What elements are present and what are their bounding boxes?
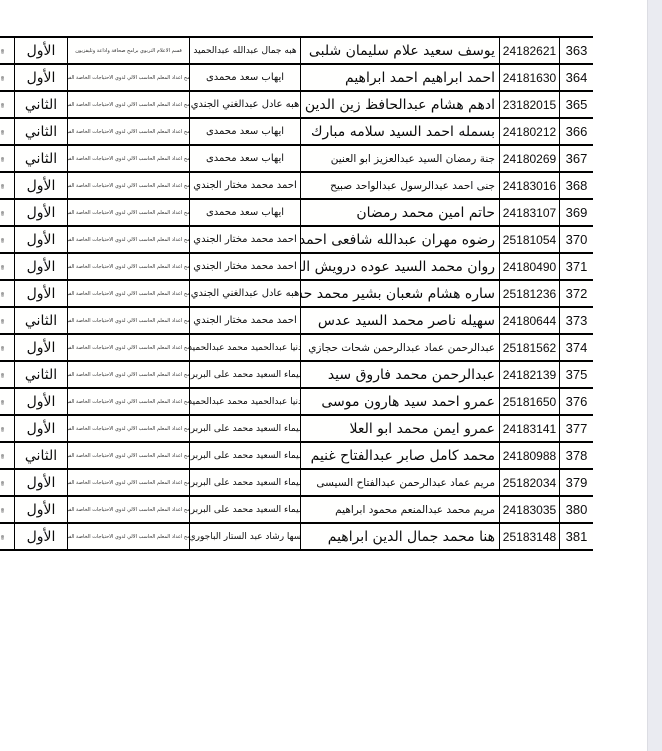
seat-number-cell: 24180212 [500, 119, 560, 144]
student-name-cell: سهيله ناصر محمد السيد عدس [301, 308, 500, 333]
semester-cell: الأول [15, 497, 68, 522]
student-name-cell: مريم محمد عبدالمنعم محمود ابراهيم [301, 497, 500, 522]
seat-number-cell: 25182034 [500, 470, 560, 495]
clipped-edge-cell [0, 119, 15, 144]
seat-number-cell: 24180490 [500, 254, 560, 279]
semester-cell: الثاني [15, 308, 68, 333]
semester-cell: الأول [15, 65, 68, 90]
program-cell: برنامج اعداد المعلم الحاسب الالي لذوي ال… [68, 470, 190, 495]
semester-cell: الأول [15, 227, 68, 252]
program-cell: برنامج اعداد المعلم الحاسب الالي لذوي ال… [68, 524, 190, 549]
supervisor-name-cell: هبه عادل عبدالغني الجندي [190, 281, 301, 306]
student-name-cell: مريم عماد عبدالرحمن عبدالفتاح السيسى [301, 470, 500, 495]
supervisor-name-cell: ايهاب سعد محمدى [190, 146, 301, 171]
semester-cell: الثاني [15, 146, 68, 171]
seat-number-cell: 23182015 [500, 92, 560, 117]
table-row: 376 25181650 عمرو احمد سيد هارون موسى دن… [0, 389, 593, 416]
seat-number-cell: 24180644 [500, 308, 560, 333]
clipped-edge-cell [0, 200, 15, 225]
semester-cell: الأول [15, 389, 68, 414]
semester-cell: الثاني [15, 92, 68, 117]
clipped-edge-cell [0, 497, 15, 522]
program-cell: برنامج اعداد المعلم الحاسب الالي لذوي ال… [68, 200, 190, 225]
student-name-cell: عبدالرحمن عماد عبدالرحمن شحات حجازي [301, 335, 500, 360]
program-cell: قسم الاعلام التربوي برامج صحافة واذاعة و… [68, 38, 190, 63]
student-name-cell: عبدالرحمن محمد فاروق سيد [301, 362, 500, 387]
student-name-cell: هنا محمد جمال الدين ابراهيم [301, 524, 500, 549]
clipped-edge-cell [0, 92, 15, 117]
serial-cell: 374 [560, 335, 593, 360]
table-row: 368 24183016 جنى احمد عبدالرسول عبدالواح… [0, 173, 593, 200]
student-name-cell: حاتم امين محمد رمضان [301, 200, 500, 225]
clipped-edge-cell [0, 416, 15, 441]
supervisor-name-cell: ايهاب سعد محمدى [190, 65, 301, 90]
student-name-cell: عمرو احمد سيد هارون موسى [301, 389, 500, 414]
student-name-cell: عمرو ايمن محمد ابو العلا [301, 416, 500, 441]
table-row: 373 24180644 سهيله ناصر محمد السيد عدس ا… [0, 308, 593, 335]
table-row: 364 24181630 احمد ابراهيم احمد ابراهيم ا… [0, 65, 593, 92]
supervisor-name-cell: دنيا عبدالحميد محمد عبدالحميد [190, 335, 301, 360]
clipped-edge-cell [0, 389, 15, 414]
semester-cell: الأول [15, 281, 68, 306]
clipped-edge-cell [0, 308, 15, 333]
clipped-edge-cell [0, 470, 15, 495]
program-cell: برنامج اعداد المعلم الحاسب الالي لذوي ال… [68, 254, 190, 279]
supervisor-name-cell: سها رشاد عبد الستار الباجوري [190, 524, 301, 549]
student-name-cell: بسمله احمد السيد سلامه مبارك [301, 119, 500, 144]
table-row: 378 24180988 محمد كامل صابر عبدالفتاح غن… [0, 443, 593, 470]
program-cell: برنامج اعداد المعلم الحاسب الالي لذوي ال… [68, 146, 190, 171]
semester-cell: الأول [15, 38, 68, 63]
seat-number-cell: 24180269 [500, 146, 560, 171]
program-cell: برنامج اعداد المعلم الحاسب الالي لذوي ال… [68, 335, 190, 360]
semester-cell: الأول [15, 173, 68, 198]
serial-cell: 375 [560, 362, 593, 387]
semester-cell: الثاني [15, 443, 68, 468]
table-row: 369 24183107 حاتم امين محمد رمضان ايهاب … [0, 200, 593, 227]
semester-cell: الأول [15, 416, 68, 441]
clipped-edge-cell [0, 38, 15, 63]
clipped-edge-cell [0, 146, 15, 171]
supervisor-name-cell: هبه عادل عبدالغني الجندي [190, 92, 301, 117]
student-name-cell: رضوه مهران عبدالله شافعى احمد [301, 227, 500, 252]
clipped-edge-cell [0, 335, 15, 360]
seat-number-cell: 24183107 [500, 200, 560, 225]
semester-cell: الأول [15, 200, 68, 225]
table-row: 371 24180490 روان محمد السيد عوده درويش … [0, 254, 593, 281]
table-row: 365 23182015 ادهم هشام عبدالحافظ زين الد… [0, 92, 593, 119]
supervisor-name-cell: ايهاب سعد محمدى [190, 200, 301, 225]
clipped-edge-cell [0, 227, 15, 252]
table-row: 375 24182139 عبدالرحمن محمد فاروق سيد شي… [0, 362, 593, 389]
supervisor-name-cell: شيماء السعيد محمد على البربري [190, 362, 301, 387]
serial-cell: 371 [560, 254, 593, 279]
table-row: 372 25181236 ساره هشام شعبان بشير محمد ح… [0, 281, 593, 308]
serial-cell: 376 [560, 389, 593, 414]
student-name-cell: ساره هشام شعبان بشير محمد حسن [301, 281, 500, 306]
seat-number-cell: 24180988 [500, 443, 560, 468]
clipped-edge-cell [0, 173, 15, 198]
seat-number-cell: 24183016 [500, 173, 560, 198]
student-name-cell: روان محمد السيد عوده درويش الجرف [301, 254, 500, 279]
supervisor-name-cell: هبه جمال عبدالله عبدالحميد [190, 38, 301, 63]
student-name-cell: جنى احمد عبدالرسول عبدالواحد صبيح [301, 173, 500, 198]
table-row: 379 25182034 مريم عماد عبدالرحمن عبدالفت… [0, 470, 593, 497]
serial-cell: 363 [560, 38, 593, 63]
student-name-cell: ادهم هشام عبدالحافظ زين الدين [301, 92, 500, 117]
program-cell: برنامج اعداد المعلم الحاسب الالي لذوي ال… [68, 443, 190, 468]
serial-cell: 380 [560, 497, 593, 522]
serial-cell: 369 [560, 200, 593, 225]
seat-number-cell: 24183141 [500, 416, 560, 441]
student-name-cell: جنة رمضان السيد عبدالعزيز ابو العنين [301, 146, 500, 171]
program-cell: برنامج اعداد المعلم الحاسب الالي لذوي ال… [68, 173, 190, 198]
program-cell: برنامج اعداد المعلم الحاسب الالي لذوي ال… [68, 281, 190, 306]
table-row: 380 24183035 مريم محمد عبدالمنعم محمود ا… [0, 497, 593, 524]
clipped-edge-cell [0, 524, 15, 549]
supervisor-name-cell: احمد محمد مختار الجندي [190, 173, 301, 198]
program-cell: برنامج اعداد المعلم الحاسب الالي لذوي ال… [68, 416, 190, 441]
supervisor-name-cell: شيماء السعيد محمد على البربري [190, 497, 301, 522]
seat-number-cell: 24182139 [500, 362, 560, 387]
serial-cell: 379 [560, 470, 593, 495]
seat-number-cell: 25181562 [500, 335, 560, 360]
clipped-edge-cell [0, 281, 15, 306]
serial-cell: 373 [560, 308, 593, 333]
seat-number-cell: 24183035 [500, 497, 560, 522]
seat-number-cell: 25181650 [500, 389, 560, 414]
table-row: 366 24180212 بسمله احمد السيد سلامه مبار… [0, 119, 593, 146]
supervisor-name-cell: شيماء السعيد محمد على البربري [190, 416, 301, 441]
seat-number-cell: 24181630 [500, 65, 560, 90]
supervisor-name-cell: ايهاب سعد محمدى [190, 119, 301, 144]
program-cell: برنامج اعداد المعلم الحاسب الالي لذوي ال… [68, 497, 190, 522]
seat-number-cell: 25181236 [500, 281, 560, 306]
supervisor-name-cell: احمد محمد مختار الجندي [190, 254, 301, 279]
table-row: 367 24180269 جنة رمضان السيد عبدالعزيز ا… [0, 146, 593, 173]
serial-cell: 378 [560, 443, 593, 468]
serial-cell: 366 [560, 119, 593, 144]
semester-cell: الأول [15, 335, 68, 360]
program-cell: برنامج اعداد المعلم الحاسب الالي لذوي ال… [68, 308, 190, 333]
semester-cell: الأول [15, 470, 68, 495]
semester-cell: الثاني [15, 119, 68, 144]
supervisor-name-cell: شيماء السعيد محمد على البربري [190, 443, 301, 468]
program-cell: برنامج اعداد المعلم الحاسب الالي لذوي ال… [68, 362, 190, 387]
program-cell: برنامج اعداد المعلم الحاسب الالي لذوي ال… [68, 65, 190, 90]
seat-number-cell: 25181054 [500, 227, 560, 252]
table-row: 370 25181054 رضوه مهران عبدالله شافعى اح… [0, 227, 593, 254]
page: { "page": { "background": "#ffffff", "ed… [0, 0, 662, 751]
semester-cell: الأول [15, 254, 68, 279]
serial-cell: 364 [560, 65, 593, 90]
table-row: 374 25181562 عبدالرحمن عماد عبدالرحمن شح… [0, 335, 593, 362]
serial-cell: 377 [560, 416, 593, 441]
supervisor-name-cell: شيماء السعيد محمد على البربري [190, 470, 301, 495]
page-edge-strip [647, 0, 662, 751]
semester-cell: الثاني [15, 362, 68, 387]
table-row: 363 24182621 يوسف سعيد علام سليمان شلبى … [0, 38, 593, 65]
serial-cell: 365 [560, 92, 593, 117]
program-cell: برنامج اعداد المعلم الحاسب الالي لذوي ال… [68, 389, 190, 414]
serial-cell: 367 [560, 146, 593, 171]
supervisor-name-cell: احمد محمد مختار الجندي [190, 227, 301, 252]
seat-number-cell: 24182621 [500, 38, 560, 63]
table-row: 381 25183148 هنا محمد جمال الدين ابراهيم… [0, 524, 593, 551]
clipped-edge-cell [0, 65, 15, 90]
student-name-cell: يوسف سعيد علام سليمان شلبى [301, 38, 500, 63]
supervisor-name-cell: دنيا عبدالحميد محمد عبدالحميد [190, 389, 301, 414]
semester-cell: الأول [15, 524, 68, 549]
clipped-edge-cell [0, 443, 15, 468]
serial-cell: 370 [560, 227, 593, 252]
serial-cell: 368 [560, 173, 593, 198]
program-cell: برنامج اعداد المعلم الحاسب الالي لذوي ال… [68, 227, 190, 252]
results-table: 363 24182621 يوسف سعيد علام سليمان شلبى … [0, 36, 593, 551]
table-row: 377 24183141 عمرو ايمن محمد ابو العلا شي… [0, 416, 593, 443]
program-cell: برنامج اعداد المعلم الحاسب الالي لذوي ال… [68, 119, 190, 144]
seat-number-cell: 25183148 [500, 524, 560, 549]
clipped-edge-cell [0, 254, 15, 279]
program-cell: برنامج اعداد المعلم الحاسب الالي لذوي ال… [68, 92, 190, 117]
serial-cell: 381 [560, 524, 593, 549]
clipped-edge-cell [0, 362, 15, 387]
student-name-cell: محمد كامل صابر عبدالفتاح غنيم [301, 443, 500, 468]
student-name-cell: احمد ابراهيم احمد ابراهيم [301, 65, 500, 90]
supervisor-name-cell: احمد محمد مختار الجندي [190, 308, 301, 333]
serial-cell: 372 [560, 281, 593, 306]
